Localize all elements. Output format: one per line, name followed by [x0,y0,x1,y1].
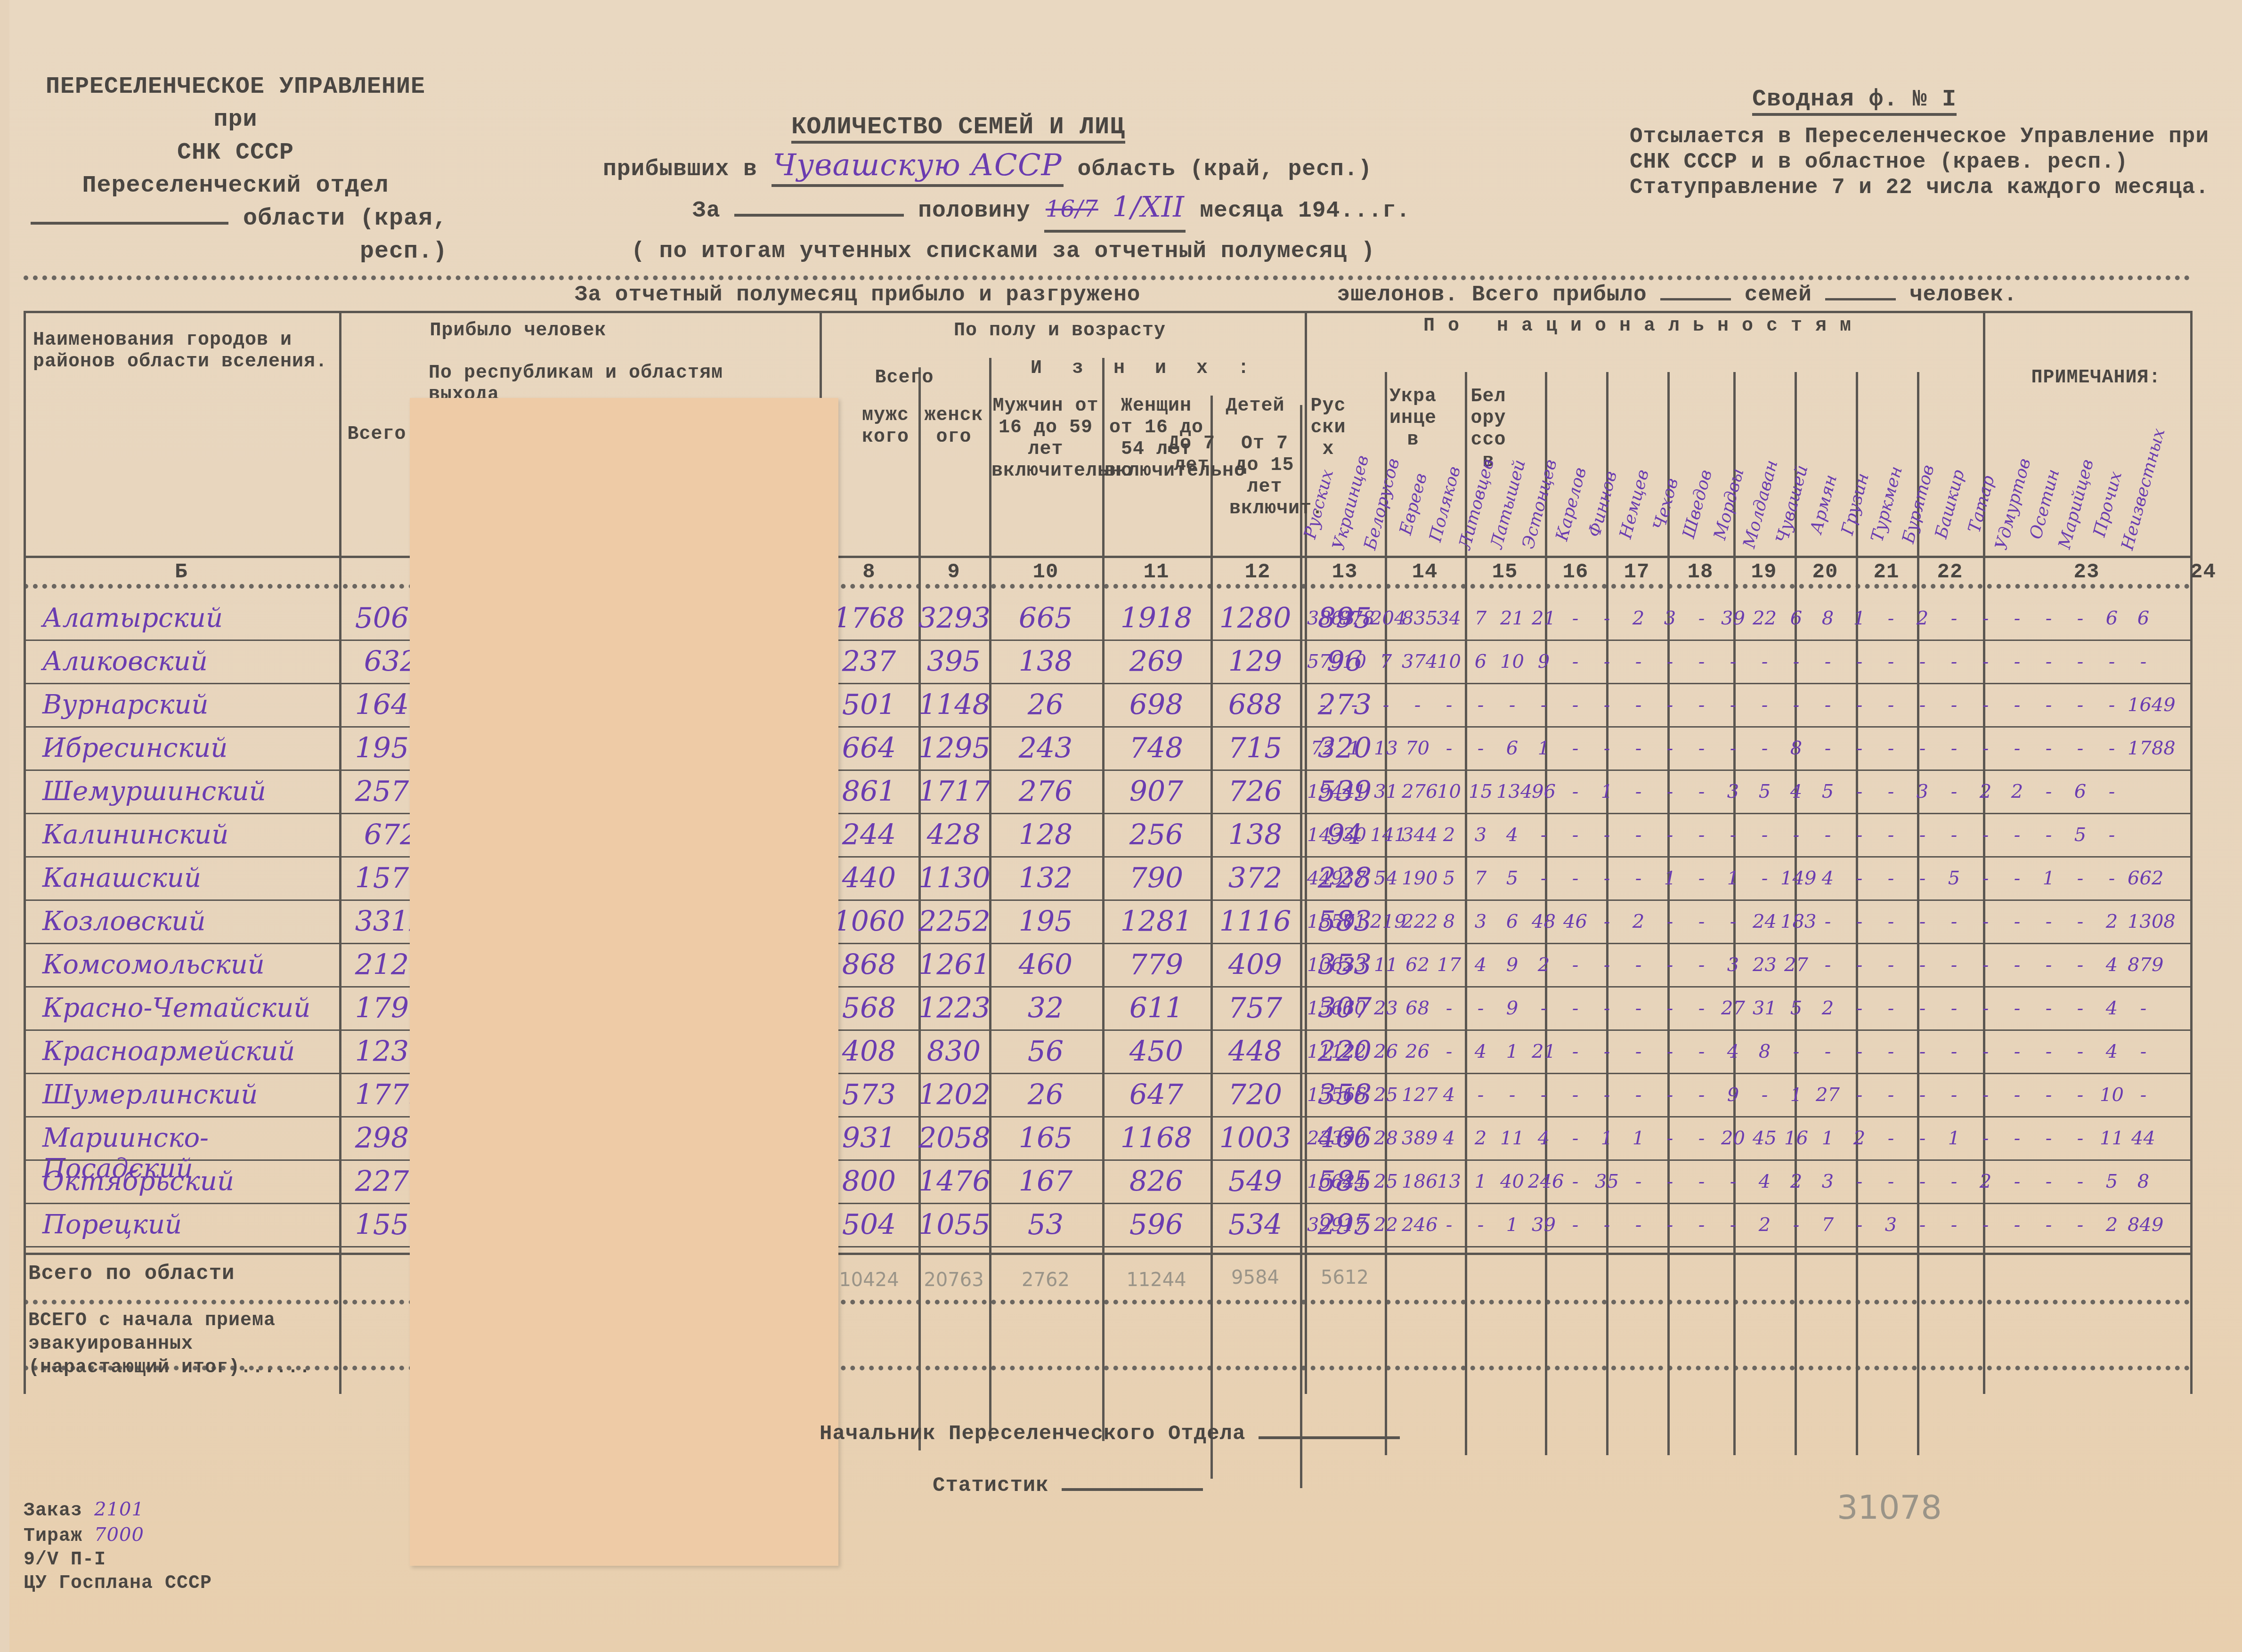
cell-nationality: - [2033,737,2064,759]
cell-nationality: 17 [1433,954,1465,976]
cell-nationality: - [1686,911,1717,932]
col-border [2190,311,2193,1394]
cell-nationality: 399 [1307,1214,1339,1236]
cell-nationality: 4 [1433,1084,1465,1106]
cell-nationality: 1850 [1307,911,1339,932]
cell-nationality: - [2064,1084,2096,1106]
cell-nationality: - [1970,651,2001,672]
cell-nationality: - [1433,737,1465,759]
chief-label: Начальник Переселенческого Отдела [820,1422,1245,1446]
cell-nationality: 54 [1370,867,1402,889]
district-name: Октябрьский [42,1166,334,1197]
cell-nationality: 70 [1339,1127,1370,1149]
cell-nationality: 11 [1496,1127,1528,1149]
nationality-header: По национальностям [1309,316,1978,337]
cell-nationality: 2 [1623,911,1654,932]
cell-nationality: - [1875,1127,1907,1149]
cell-nationality: 13 [1370,737,1402,759]
cell-nationality: - [1496,1084,1528,1106]
cell-nationality: 21 [1528,1041,1560,1062]
cell-nationality: 6 [1465,651,1496,672]
cell-nationality: - [1844,954,1875,976]
cell-nationality: 190 [1402,867,1433,889]
cell-nationality: 344 [1402,824,1433,846]
cell-nationality: - [2001,694,2033,716]
cell-nationality: - [1465,1214,1496,1236]
cell-nationality: 2 [2096,911,2128,932]
arrived-line: прибывших в Чувашскую АССР область (край… [603,146,1488,188]
cell-nationality: - [1844,867,1875,889]
cell-nationality: 149 [1780,867,1812,889]
cell-men: 665 [989,602,1102,635]
cell-nationality: - [2064,1127,2096,1149]
cell-nationality: 4 [1780,781,1812,802]
cell-nationality: - [1591,997,1623,1019]
cell-nationality: - [1560,867,1591,889]
cell-women: 826 [1102,1165,1210,1198]
cell-nationality: - [1654,997,1686,1019]
cell-nationality: - [1433,997,1465,1019]
cell-nationality: - [2128,997,2159,1019]
cell-female: 1148 [918,688,989,721]
row-divider [24,769,2190,771]
cell-nationality: 8 [1812,607,1844,629]
cell-nationality: 1649 [2128,694,2159,716]
period-month: 16/7 1/XII [1044,188,1186,233]
cell-u7: 534 [1210,1208,1300,1241]
cell-nationality: 7 [1812,1214,1844,1236]
column-number: 22 [1917,560,1983,584]
cell-u7: 129 [1210,645,1300,678]
cell-nationality: - [2064,1041,2096,1062]
cell-nationality: - [1686,1041,1717,1062]
cell-nationality: - [2033,781,2064,802]
cell-nationality: - [1907,651,1938,672]
cell-nationality: 1 [1496,1214,1528,1236]
cell-nationality: 44 [2128,1127,2159,1149]
cell-nationality: - [1812,737,1844,759]
cell-nationality: - [1433,694,1465,716]
cell-nationality: - [1654,781,1686,802]
cell-nationality: 4 [2096,1041,2128,1062]
district-name: Алатырский [42,603,334,633]
cell-nationality: - [1465,694,1496,716]
column-number: 15 [1465,560,1545,584]
cell-nationality: - [1938,1214,1970,1236]
cell-nationality: - [1875,1171,1907,1192]
cell-nationality: 3 [1654,607,1686,629]
cell-u7: 720 [1210,1078,1300,1111]
cell-female: 1223 [918,992,989,1025]
cell-nationality: 13 [1433,1171,1465,1192]
cell-nationality: 22 [1370,1214,1402,1236]
men-header: Мужчин от 16 до 59 лет включительно [991,396,1100,482]
cell-nationality: - [1623,1084,1654,1106]
cell-nationality: 27 [1812,1084,1844,1106]
cell-nationality: - [1938,651,1970,672]
cell-nationality: 1 [1465,1171,1496,1192]
district-name: Вурнарский [42,689,334,720]
cell-nationality: 1308 [2128,911,2159,932]
cell-nationality: - [1528,1084,1560,1106]
document-page: ПЕРЕСЕЛЕНЧЕСКОЕ УПРАВЛЕНИЕ при СНК СССР … [9,0,2242,1652]
cell-nationality: - [1907,997,1938,1019]
cell-nationality: 2 [1623,607,1654,629]
cell-nationality: - [1970,607,2001,629]
cell-nationality: - [2033,997,2064,1019]
cell-nationality: 35 [1591,1171,1623,1192]
cell-u7: 715 [1210,732,1300,765]
cell-nationality: - [1875,911,1907,932]
cell-nationality: - [1970,1127,2001,1149]
cell-female: 2252 [918,905,989,938]
cell-nationality: - [1970,1041,2001,1062]
cell-nationality: 8 [1433,911,1465,932]
cell-nationality: 16 [1780,1127,1812,1149]
cell-nationality: - [1749,1084,1780,1106]
cell-nationality: - [1623,954,1654,976]
column-number: 17 [1606,560,1667,584]
cell-nationality: - [2001,1084,2033,1106]
cell-nationality: - [1812,694,1844,716]
cell-nationality: 3 [1907,781,1938,802]
column-number: 9 [918,560,989,584]
cell-nationality: - [1560,997,1591,1019]
cell-nationality: - [1686,781,1717,802]
cell-nationality: 8 [1749,1041,1780,1062]
cell-nationality: 1944 [1307,781,1339,802]
cell-nationality: - [1591,1214,1623,1236]
cell-nationality: 2 [1844,1127,1875,1149]
cell-nationality: 374 [1402,651,1433,672]
row-divider [24,1116,2190,1118]
cell-u7: 688 [1210,688,1300,721]
cell-nationality: 28 [1370,1127,1402,1149]
cell-nationality: 10 [1496,651,1528,672]
cell-nationality: 183 [1780,911,1812,932]
cell-nationality: 48 [1528,911,1560,932]
cell-nationality: 7 [1465,607,1496,629]
period-line: За половину 16/7 1/XII месяца 194...г. [603,188,1488,233]
statistician-signature-blank [1062,1488,1203,1491]
cell-nationality: - [1907,824,1938,846]
cell-nationality: 1 [2033,867,2064,889]
cell-nationality: 2 [1780,1171,1812,1192]
cell-nationality: 835 [1402,607,1433,629]
cell-men: 195 [989,905,1102,938]
column-number: 12 [1210,560,1305,584]
cell-nationality: 3863 [1307,607,1339,629]
cell-nationality: 7 [1465,867,1496,889]
district-name: Красноармейский [42,1036,334,1067]
period-prefix: За [692,198,721,224]
cell-men: 460 [989,948,1102,981]
cell-nationality: - [1623,824,1654,846]
district-header: Наименования городов и районов области в… [33,330,334,373]
cell-men: 26 [989,688,1102,721]
cell-nationality: - [2096,824,2128,846]
echelon-line: За отчетный полумесяц прибыло и разгруже… [575,283,2223,307]
cell-nationality: 6 [2064,781,2096,802]
period-half-blank [734,214,904,217]
cell-nationality: 1662 [1307,1171,1339,1192]
cell-women: 596 [1102,1208,1210,1241]
cell-men: 138 [989,645,1102,678]
cell-nationality: - [1938,824,1970,846]
column-number: 23 [1983,560,2190,584]
cell-nationality: - [2033,651,2064,672]
cell-nationality: 4 [1528,1127,1560,1149]
cell-nationality: - [1907,737,1938,759]
cell-nationality: - [1844,911,1875,932]
cell-nationality: - [1560,694,1591,716]
data-bottom-border [24,1253,2190,1255]
cell-nationality: - [1686,1214,1717,1236]
cell-nationality: 4 [1749,1171,1780,1192]
cell-nationality: 2 [1749,1214,1780,1236]
cell-nationality: - [1560,1084,1591,1106]
org-line-1: ПЕРЕСЕЛЕНЧЕСКОЕ УПРАВЛЕНИЕ [24,71,447,104]
cell-nationality: - [1875,1084,1907,1106]
cell-men: 53 [989,1208,1102,1241]
cell-nationality: - [2064,607,2096,629]
colnum-separator [24,584,2190,589]
order-value: 2101 [94,1498,144,1520]
cell-nationality: - [1654,1084,1686,1106]
cell-nationality: - [1591,867,1623,889]
cell-female: 428 [918,818,989,851]
cell-u7: 726 [1210,775,1300,808]
cell-nationality: - [2064,911,2096,932]
cell-nationality: 16 [1339,1084,1370,1106]
cell-nationality: - [1654,1041,1686,1062]
cell-nationality: - [1970,824,2001,846]
cell-nationality: - [1844,1041,1875,1062]
cell-nationality: - [2128,651,2159,672]
cell-nationality: - [1654,1214,1686,1236]
cell-nationality: - [2064,694,2096,716]
arrived-suffix: область (край, респ.) [1077,157,1372,182]
female-header: женского [921,405,987,448]
cell-nationality: 15 [1465,781,1496,802]
cell-women: 611 [1102,992,1210,1025]
paper-overlay-strip [410,398,838,1566]
cumulative-label: ВСЕГО с начала приема эвакуированных (на… [28,1309,339,1380]
cell-nationality: 4 [1717,1041,1749,1062]
period-month-value: 1/XII [1113,191,1185,224]
cell-nationality: 1 [1717,867,1749,889]
cell-nationality: - [1686,954,1717,976]
cell-nationality: 62 [1402,954,1433,976]
cell-nationality: 41 [1339,781,1370,802]
cell-nationality: - [2001,954,2033,976]
column-number: 10 [989,560,1102,584]
period-half-label: половину [918,198,1030,224]
cell-nationality: - [2064,867,2096,889]
cell-nationality: 25 [1370,1084,1402,1106]
cell-nationality: - [1686,1127,1717,1149]
cell-nationality: - [1686,607,1717,629]
cell-nationality: 27 [1717,997,1749,1019]
cell-u7: 448 [1210,1035,1300,1068]
echelon-part3: семей [1745,283,1812,307]
cell-nationality: 1 [1780,1084,1812,1106]
district-name: Калининский [42,819,334,850]
cell-nationality: - [2001,607,2033,629]
cell-nationality: 127 [1402,1084,1433,1106]
cell-nationality: 4 [1812,867,1844,889]
cell-nationality: - [1370,694,1402,716]
cell-nationality: 1063 [1307,954,1339,976]
cell-nationality: - [1907,1041,1938,1062]
column-number: Б [24,560,339,584]
cell-nationality: - [1686,1084,1717,1106]
cell-nationality: 6 [1496,737,1528,759]
cell-nationality: - [1780,1041,1812,1062]
district-name: Порецкий [42,1209,334,1240]
families-blank [1660,298,1731,300]
cell-nationality: 71 [1339,911,1370,932]
cell-nationality: 5 [1749,781,1780,802]
cell-nationality: 276 [1402,781,1433,802]
form-info: Сводная ф. № I Отсылается в Переселенчес… [1630,87,2242,200]
cell-nationality: 20 [1717,1127,1749,1149]
cell-nationality: 219 [1370,911,1402,932]
cell-nationality: - [1749,867,1780,889]
row-divider [24,1159,2190,1161]
district-name: Красно-Четайский [42,993,334,1023]
cell-nationality: 4 [2096,997,2128,1019]
cell-nationality: - [2128,1084,2159,1106]
cell-nationality: 72 [1307,737,1339,759]
cell-nationality: - [1623,867,1654,889]
row-divider [24,640,2190,641]
cell-nationality: 1 [1844,607,1875,629]
cell-nationality: 1556 [1307,1084,1339,1106]
cell-nationality: - [1812,1041,1844,1062]
cell-nationality: 1 [1623,1127,1654,1149]
form-name: Сводная ф. № I [1752,86,1957,116]
period-suffix: месяца 194...г. [1200,198,1410,224]
print-info: Заказ 2101 Тираж 7000 9/V П-I ЦУ Госплан… [24,1498,212,1595]
cell-female: 2058 [918,1122,989,1155]
cell-nationality: - [1686,737,1717,759]
cell-nationality: - [1844,737,1875,759]
cell-nationality: - [1623,781,1654,802]
cell-nationality: 45 [1749,1127,1780,1149]
cell-nationality: - [1938,997,1970,1019]
cell-nationality: - [1938,1041,1970,1062]
cell-nationality: - [1654,954,1686,976]
cell-nationality: - [2033,1041,2064,1062]
cell-nationality: - [1780,824,1812,846]
cell-women: 450 [1102,1035,1210,1068]
cell-nationality: 37 [1339,867,1370,889]
cell-nationality: - [1654,737,1686,759]
cell-nationality: - [1623,694,1654,716]
cell-nationality: - [1875,737,1907,759]
cell-nationality: 2 [1970,1171,2001,1192]
male-header: мужского [857,405,914,448]
cell-women: 269 [1102,645,1210,678]
russians-header: Русских [1307,396,1349,461]
cell-men: 276 [989,775,1102,808]
column-number: 18 [1667,560,1733,584]
cell-nationality: 1 [1591,1127,1623,1149]
cell-nationality: - [1591,1084,1623,1106]
cell-women: 748 [1102,732,1210,765]
cell-nationality: 849 [2128,1214,2159,1236]
cell-women: 790 [1102,862,1210,895]
cell-nationality: - [2001,1214,2033,1236]
cell-women: 1281 [1102,905,1210,938]
cell-nationality: - [1938,1084,1970,1106]
row-divider [24,1246,2190,1247]
cell-nationality: - [2033,1214,2064,1236]
cell-nationality: - [2064,737,2096,759]
cell-women: 256 [1102,818,1210,851]
sex-age-header: По полу и возрасту [824,320,1295,342]
cell-nationality: - [1812,651,1844,672]
cell-nationality: 4 [2096,954,2128,976]
cell-nationality: - [1686,997,1717,1019]
cell-nationality: 9 [1496,997,1528,1019]
cell-nationality: 5 [2096,1171,2128,1192]
cell-u7: 372 [1210,862,1300,895]
cell-nationality: 31 [1749,997,1780,1019]
cell-nationality: - [1780,694,1812,716]
cell-nationality: - [2096,737,2128,759]
cell-female: 1130 [918,862,989,895]
cell-nationality: - [1875,781,1907,802]
org-region-line: области (края, респ.) [24,202,447,268]
cell-nationality: 579 [1307,651,1339,672]
cell-nationality: 7 [1370,651,1402,672]
cell-nationality: 6 [2128,607,2159,629]
district-name: Шумерлинский [42,1079,334,1110]
cell-nationality: 5 [1780,997,1812,1019]
cell-women: 647 [1102,1078,1210,1111]
cell-nationality: - [1875,954,1907,976]
cell-nationality: - [1560,737,1591,759]
total-men: 2762 [991,1269,1100,1291]
cell-nationality: - [1654,694,1686,716]
cell-nationality: - [1560,781,1591,802]
cell-nationality: 9 [1717,1084,1749,1106]
cell-nationality: - [1465,997,1496,1019]
cell-female: 1055 [918,1208,989,1241]
cell-nationality: 27 [1780,954,1812,976]
cell-u7: 1280 [1210,602,1300,635]
cell-nationality: - [1875,997,1907,1019]
cell-nationality: - [1844,1214,1875,1236]
cell-nationality: 2 [2096,1214,2128,1236]
cell-nationality: - [1307,694,1339,716]
cell-nationality: 2 [1812,997,1844,1019]
under7-header: До 7 лет [1168,433,1215,477]
cell-nationality: - [1465,1084,1496,1106]
cell-nationality: 143 [1307,824,1339,846]
cell-nationality: - [1654,824,1686,846]
cell-nationality: - [1686,867,1717,889]
cell-nationality: - [1560,607,1591,629]
cell-nationality: - [1560,1171,1591,1192]
press-line: 9/V П-I [24,1548,212,1572]
cell-nationality: - [1591,911,1623,932]
district-name: Шемуршинский [42,776,334,807]
arrived-group-header: Прибыло человек [353,320,683,342]
cell-nationality: 141 [1370,824,1402,846]
